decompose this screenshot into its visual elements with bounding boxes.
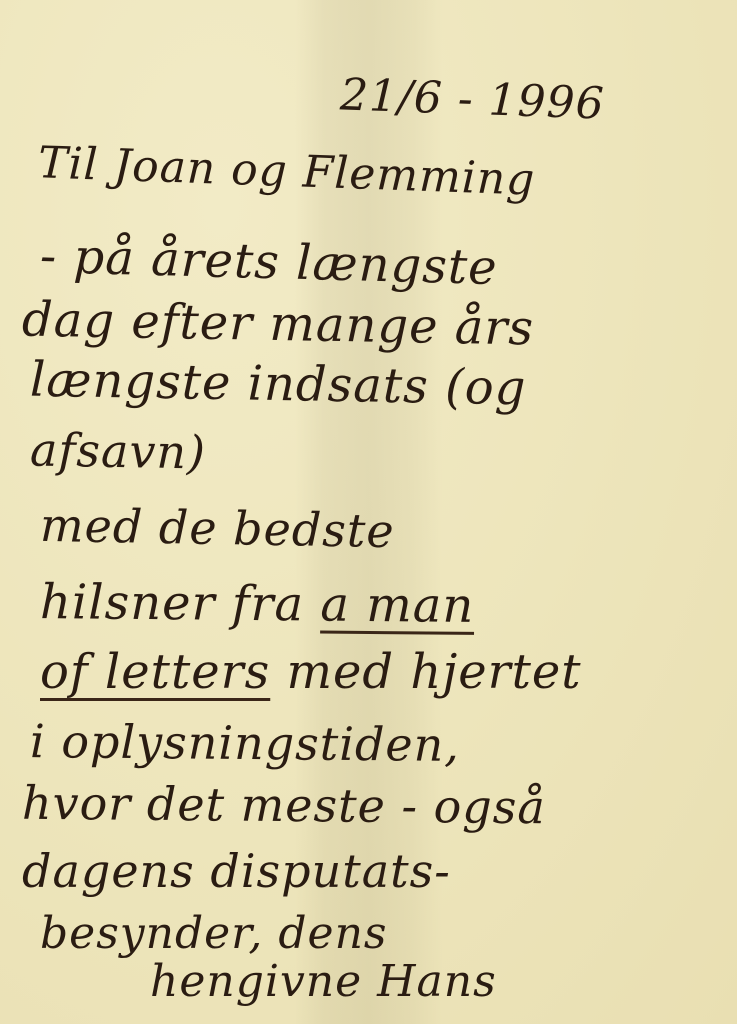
- note-line: of letters med hjertet: [40, 648, 582, 696]
- note-line: i oplysningstiden,: [30, 718, 460, 768]
- note-line: længste indsats (og: [30, 356, 527, 413]
- note-line: afsavn): [30, 426, 207, 475]
- handwritten-note: 21/6 - 1996 Til Joan og Flemming - på år…: [0, 0, 737, 1024]
- note-line: dagens disputats-: [22, 848, 451, 894]
- note-text: hilsner fra: [40, 574, 321, 632]
- underlined-phrase: a man: [320, 577, 474, 634]
- note-line: hilsner fra a man: [40, 578, 475, 630]
- note-line: med de bedste: [40, 502, 395, 554]
- note-line-salutation: Til Joan og Flemming: [37, 141, 536, 202]
- note-line: besynder, dens: [40, 912, 387, 956]
- note-line: dag efter mange års: [22, 296, 535, 353]
- note-text: med hjertet: [270, 644, 581, 700]
- note-line: hvor det meste - også: [22, 780, 546, 831]
- underlined-phrase: of letters: [40, 644, 270, 700]
- note-line: - på årets længste: [39, 232, 498, 292]
- note-signature: hengivne Hans: [150, 960, 497, 1004]
- note-date: 21/6 - 1996: [339, 73, 605, 126]
